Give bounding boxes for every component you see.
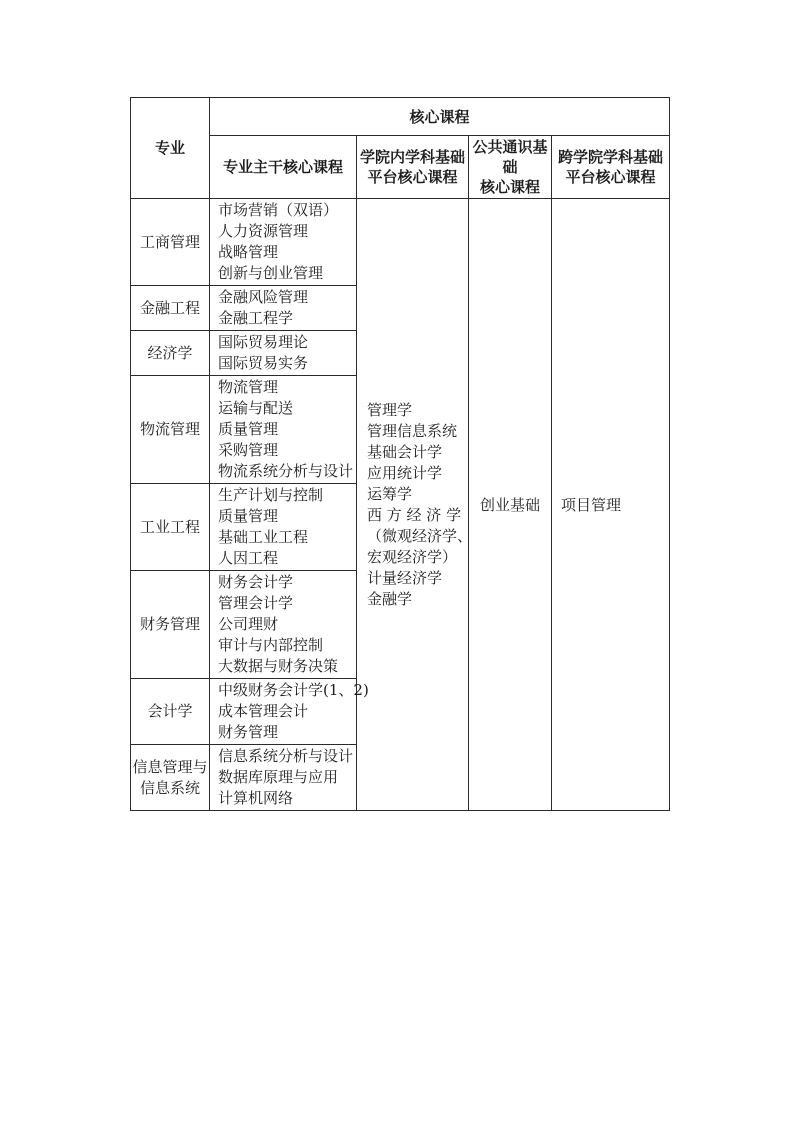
course-line: 财务管理 [218, 722, 354, 743]
course-line: 市场营销（双语） [218, 200, 354, 221]
course-line: 基础工业工程 [218, 527, 354, 548]
course-line: 采购管理 [218, 440, 354, 461]
course-line: 成本管理会计 [218, 701, 354, 722]
course-line: 大数据与财务决策 [218, 656, 354, 677]
course-line: 创新与创业管理 [218, 263, 354, 284]
course-line: 国际贸易实务 [218, 353, 354, 374]
course-line: 运输与配送 [218, 398, 354, 419]
major-cell: 金融工程 [131, 286, 210, 331]
course-line: 审计与内部控制 [218, 635, 354, 656]
course-line: 金融工程学 [218, 308, 354, 329]
course-line: 战略管理 [218, 242, 354, 263]
major-core-courses-cell: 中级财务会计学(1、2)成本管理会计财务管理 [210, 679, 357, 745]
course-line: 应用统计学 [367, 463, 466, 484]
course-line: 公司理财 [218, 614, 354, 635]
major-cell: 会计学 [131, 679, 210, 745]
course-line: 运筹学 [367, 484, 466, 505]
core-courses-table: 专业 核心课程 专业主干核心课程学院内学科基础 平台核心课程公共通识基础 核心课… [130, 97, 670, 811]
major-core-courses-cell: 信息系统分析与设计数据库原理与应用计算机网络 [210, 745, 357, 811]
subheader-cell: 跨学院学科基础 平台核心课程 [552, 136, 670, 199]
major-core-courses-cell: 生产计划与控制质量管理基础工业工程人因工程 [210, 484, 357, 571]
course-line: 人力资源管理 [218, 221, 354, 242]
major-cell: 财务管理 [131, 571, 210, 679]
course-line: （微观经济学、 [367, 526, 466, 547]
course-line: 国际贸易理论 [218, 332, 354, 353]
course-line: 数据库原理与应用 [218, 767, 354, 788]
course-line: 财务会计学 [218, 572, 354, 593]
course-line: 物流系统分析与设计 [218, 461, 354, 482]
major-core-courses-cell: 国际贸易理论国际贸易实务 [210, 331, 357, 376]
course-line: 管理会计学 [218, 593, 354, 614]
major-column-header: 专业 [131, 98, 210, 199]
course-line: 中级财务会计学(1、2) [218, 680, 354, 701]
subheader-cell: 学院内学科基础 平台核心课程 [357, 136, 469, 199]
major-cell: 经济学 [131, 331, 210, 376]
core-courses-header: 核心课程 [210, 98, 670, 136]
subheader-cell: 公共通识基础 核心课程 [469, 136, 552, 199]
major-cell: 工商管理 [131, 199, 210, 286]
college-platform-courses-cell: 管理学管理信息系统基础会计学应用统计学运筹学西 方 经 济 学（微观经济学、宏观… [357, 199, 469, 811]
major-cell: 工业工程 [131, 484, 210, 571]
major-cell: 物流管理 [131, 376, 210, 484]
subheader-cell: 专业主干核心课程 [210, 136, 357, 199]
course-line: 西 方 经 济 学 [367, 505, 466, 526]
course-line: 人因工程 [218, 548, 354, 569]
course-line: 金融风险管理 [218, 287, 354, 308]
major-core-courses-cell: 财务会计学管理会计学公司理财审计与内部控制大数据与财务决策 [210, 571, 357, 679]
major-core-courses-cell: 金融风险管理金融工程学 [210, 286, 357, 331]
public-general-course-cell: 创业基础 [469, 199, 552, 811]
course-line: 信息系统分析与设计 [218, 746, 354, 767]
course-line: 计算机网络 [218, 788, 354, 809]
course-line: 基础会计学 [367, 442, 466, 463]
major-core-courses-cell: 物流管理运输与配送质量管理采购管理物流系统分析与设计 [210, 376, 357, 484]
major-cell: 信息管理与 信息系统 [131, 745, 210, 811]
course-line: 生产计划与控制 [218, 485, 354, 506]
course-line: 管理信息系统 [367, 421, 466, 442]
course-line: 金融学 [367, 589, 466, 610]
course-line: 计量经济学 [367, 568, 466, 589]
document-page: 专业 核心课程 专业主干核心课程学院内学科基础 平台核心课程公共通识基础 核心课… [0, 0, 799, 1131]
course-line: 管理学 [367, 400, 466, 421]
major-core-courses-cell: 市场营销（双语）人力资源管理战略管理创新与创业管理 [210, 199, 357, 286]
course-line: 宏观经济学） [367, 547, 466, 568]
cross-college-course-cell: 项目管理 [552, 199, 670, 811]
course-line: 质量管理 [218, 419, 354, 440]
course-line: 质量管理 [218, 506, 354, 527]
table-row: 工商管理市场营销（双语）人力资源管理战略管理创新与创业管理管理学管理信息系统基础… [131, 199, 670, 286]
course-line: 物流管理 [218, 377, 354, 398]
